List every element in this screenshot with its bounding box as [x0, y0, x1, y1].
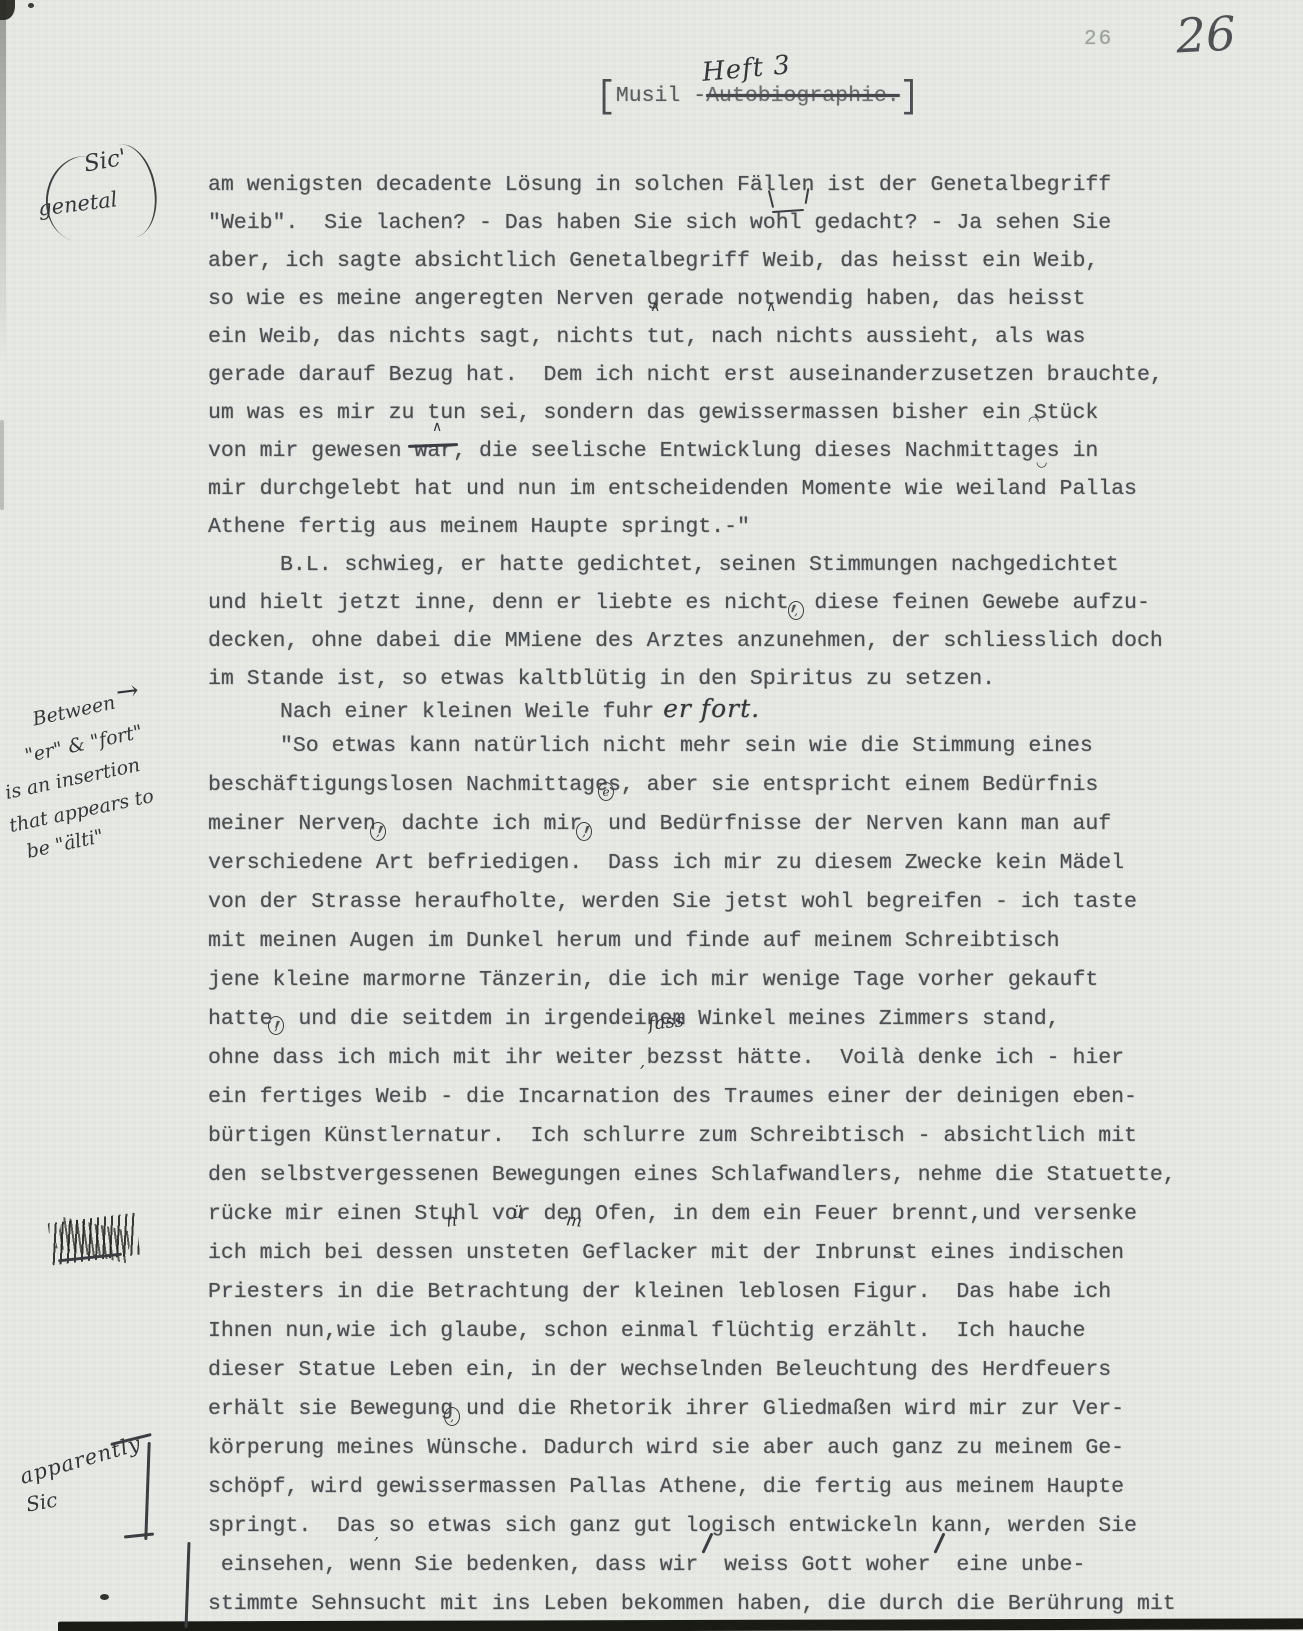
scan-artifact-left-edge	[0, 0, 6, 360]
scan-artifact-dot	[28, 3, 34, 8]
typed-line: schöpf, wird gewissermassen Pallas Athen…	[208, 1468, 1220, 1507]
circled-correction-mark: ,	[370, 822, 386, 841]
typed-line: ein fertiges Weib - die Incarnation des …	[208, 1078, 1220, 1117]
header-open-bracket: [	[596, 75, 616, 118]
paragraph: "So etwas kann natürlich nicht mehr sein…	[208, 727, 1220, 1624]
paragraph: am wenigsten decadente Lösung in solchen…	[208, 166, 1220, 546]
paragraph: B.L. schwieg, er hatte gedichtet, seinen…	[208, 546, 1220, 698]
handwritten-insertion: er fort.	[654, 694, 760, 723]
margin-note-line: that appears to	[7, 785, 155, 837]
typed-line: erhält sie Bewegung und die Rhetorik ihr…	[208, 1390, 1220, 1429]
typed-line: um was es mir zu tun sei, sondern das ge…	[208, 394, 1220, 432]
typed-line: einsehen, wenn Sie bedenken, dass wir we…	[208, 1546, 1220, 1585]
typed-line: Nach einer kleinen Weile fuhr er fort.	[208, 690, 1220, 731]
circled-correction-mark: ,	[788, 601, 804, 620]
handwritten-page-number: 26	[1175, 6, 1238, 64]
typed-line: körperung meines Wünsche. Dadurch wird s…	[208, 1429, 1220, 1468]
manuscript-page: 26 26 [ Musil - Autobiographie. ] Heft 3…	[0, 0, 1303, 1631]
circled-correction-mark: ,	[444, 1407, 460, 1426]
paragraph: Nach einer kleinen Weile fuhr er fort.	[208, 690, 1220, 731]
margin-note-line: "er" & "fort"	[23, 721, 144, 767]
typed-line: stimmte Sehnsucht mit ins Leben bekommen…	[208, 1585, 1220, 1624]
scan-artifact-left-smudge	[0, 420, 4, 510]
circled-correction-mark: e	[598, 782, 614, 801]
typed-line: meiner Nerven, dachte ich mir, und Bedür…	[208, 805, 1220, 844]
typed-line: ein Weib, das nichts sagt, nichts tut, n…	[208, 318, 1220, 356]
typed-line: "Weib". Sie lachen? - Das haben Sie sich…	[208, 204, 1220, 242]
typed-line: hatte, und die seitdem in irgendeinem Wi…	[208, 1000, 1220, 1039]
circled-correction-mark: ,	[268, 1016, 284, 1035]
typed-line: ohne dass ich mich mit ihr weiter bezsst…	[208, 1039, 1220, 1078]
circled-correction-mark: ,	[576, 822, 592, 841]
typed-line: bürtigen Künstlernatur. Ich schlurre zum…	[208, 1117, 1220, 1156]
typed-line: von der Strasse heraufholte, werden Sie …	[208, 883, 1220, 922]
typed-line: Athene fertig aus meinem Haupte springt.…	[208, 508, 1220, 546]
typed-line: von mir gewesen war, die seelische Entwi…	[208, 432, 1220, 470]
header-close-bracket: ]	[900, 75, 920, 118]
header-struck-title: Autobiographie.	[706, 84, 900, 108]
typed-line: jene kleine marmorne Tänzerin, die ich m…	[208, 961, 1220, 1000]
typed-line: B.L. schwieg, er hatte gedichtet, seinen…	[208, 546, 1220, 584]
typed-line: mit meinen Augen im Dunkel herum und fin…	[208, 922, 1220, 961]
margin-note-line: is an insertion	[3, 754, 142, 804]
pen-stroke	[124, 1532, 154, 1538]
typed-line: springt. Das so etwas sich ganz gut logi…	[208, 1507, 1220, 1546]
typed-line: und hielt jetzt inne, denn er liebte es …	[208, 584, 1220, 622]
pen-stroke	[110, 1433, 151, 1446]
typed-line: Priesters in die Betrachtung der kleinen…	[208, 1273, 1220, 1312]
typed-page-number: 26	[1084, 28, 1113, 51]
ink-mark: →	[114, 675, 140, 709]
typed-line: beschäftigungslosen Nachmittages, aber s…	[208, 766, 1220, 805]
typed-line: aber, ich sagte absichtlich Genetalbegri…	[208, 242, 1220, 280]
body-text: am wenigsten decadente Lösung in solchen…	[208, 166, 1220, 1624]
scan-artifact-speck	[100, 1594, 109, 1600]
typed-line: rücke mir einen Stuhl vor den Ofen, in d…	[208, 1195, 1220, 1234]
typed-line: ich mich bei dessen unsteten Geflacker m…	[208, 1234, 1220, 1273]
typed-line: verschiedene Art befriedigen. Dass ich m…	[208, 844, 1220, 883]
margin-note-line: be "älti"	[25, 825, 106, 863]
typed-line: dieser Statue Leben ein, in der wechseln…	[208, 1351, 1220, 1390]
header-author: Musil -	[616, 84, 706, 108]
typed-line: "So etwas kann natürlich nicht mehr sein…	[208, 727, 1220, 766]
pen-stroke	[144, 1442, 150, 1540]
typed-line: den selbstvergessenen Bewegungen eines S…	[208, 1156, 1220, 1195]
typed-line: gerade darauf Bezug hat. Dem ich nicht e…	[208, 356, 1220, 394]
margin-note-apparently-sic: Sic	[24, 1487, 59, 1516]
pen-stroke	[185, 1542, 191, 1628]
typed-line: Ihnen nun,wie ich glaube, schon einmal f…	[208, 1312, 1220, 1351]
typed-line: decken, ohne dabei die MMiene des Arztes…	[208, 622, 1220, 660]
typed-line: am wenigsten decadente Lösung in solchen…	[208, 166, 1220, 204]
margin-note-line: Between	[31, 692, 118, 731]
typed-line: so wie es meine angeregten Nerven gerade…	[208, 280, 1220, 318]
typed-line: mir durchgelebt hat und nun im entscheid…	[208, 470, 1220, 508]
